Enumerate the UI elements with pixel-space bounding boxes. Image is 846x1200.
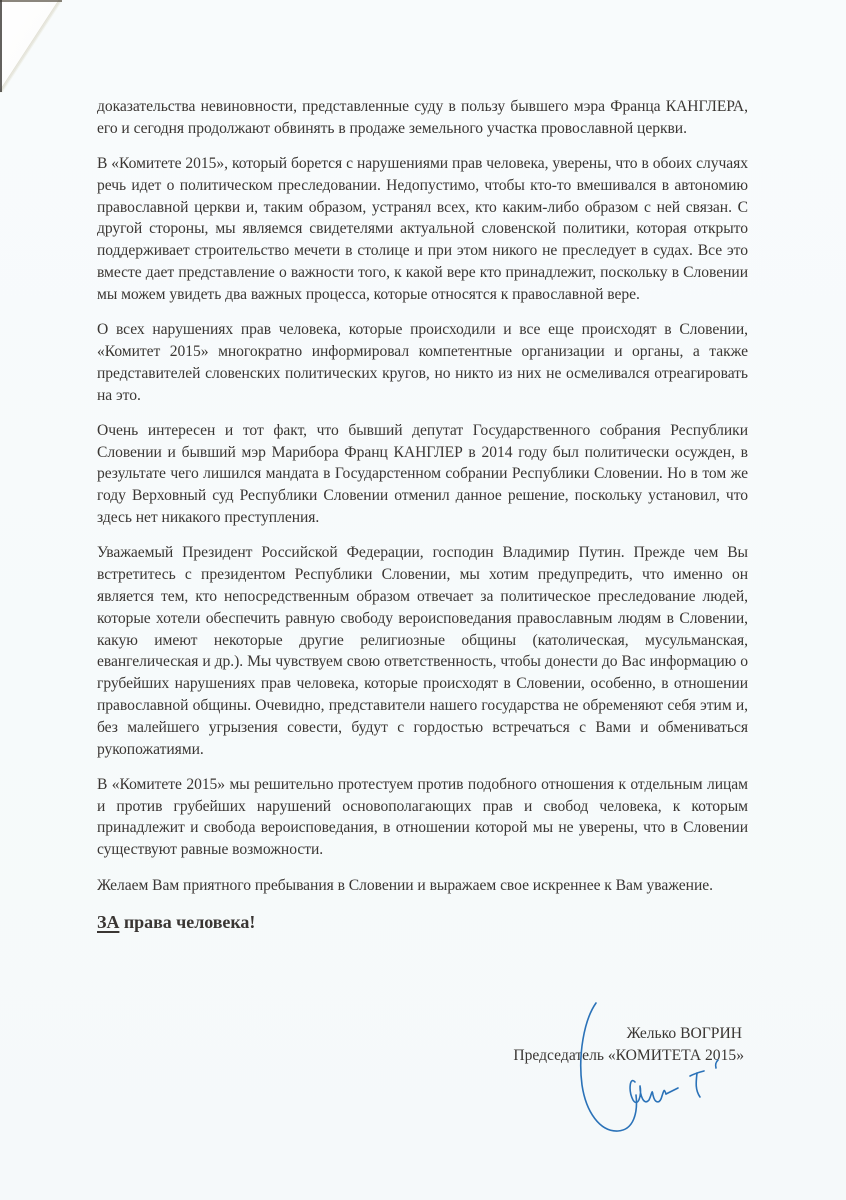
document-page: доказательства невиновности, представлен… — [0, 0, 846, 1200]
handwritten-signature-icon — [578, 1000, 748, 1136]
closing-heading-emphasis: ЗА — [97, 912, 119, 932]
closing-heading: ЗА права человека! — [97, 912, 748, 934]
paragraph: доказательства невиновности, представлен… — [97, 96, 748, 140]
closing-heading-text: права человека! — [119, 912, 255, 932]
paragraph: Уважаемый Президент Российской Федерации… — [97, 542, 748, 760]
paragraph: Желаем Вам приятного пребывания в Словен… — [97, 875, 748, 897]
paragraph: О всех нарушениях прав человека, которые… — [97, 319, 748, 406]
paragraph: Очень интересен и тот факт, что бывший д… — [97, 420, 748, 529]
paragraph: В «Комитете 2015», который борется с нар… — [97, 153, 748, 306]
paragraph: В «Комитете 2015» мы решительно протесту… — [97, 774, 748, 861]
letter-body: доказательства невиновности, представлен… — [97, 96, 748, 934]
